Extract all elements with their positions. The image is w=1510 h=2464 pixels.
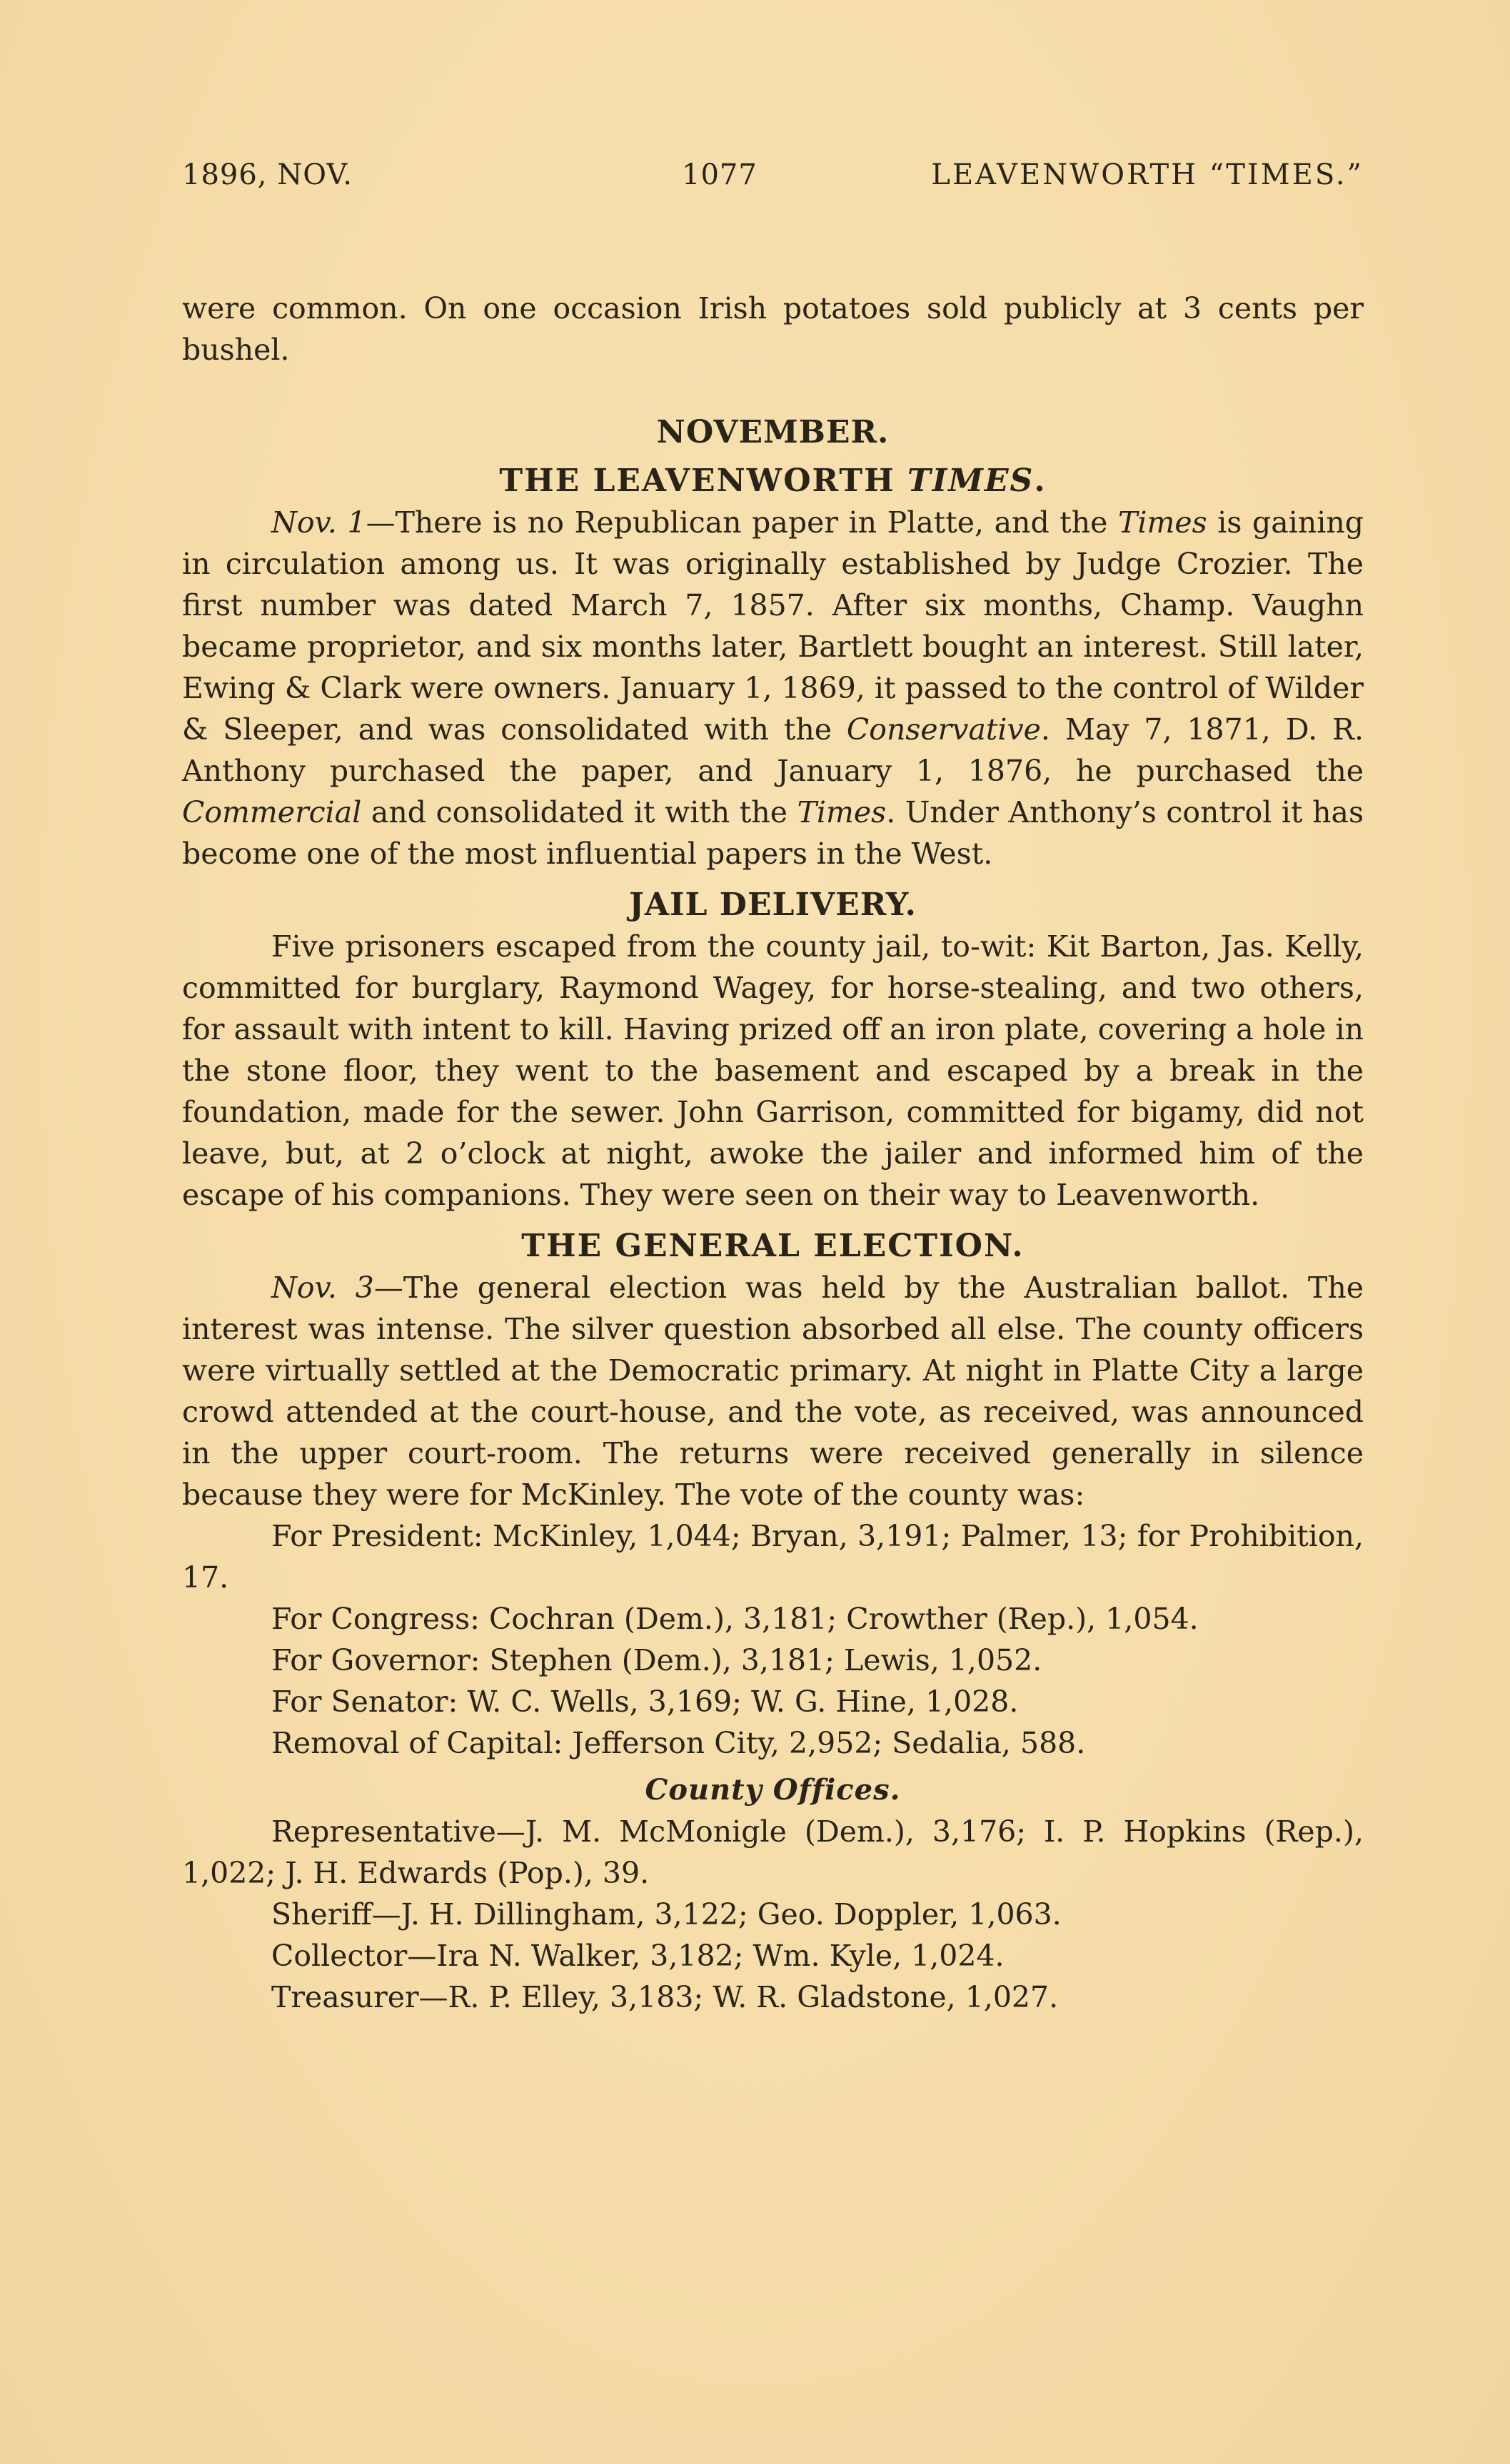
jail-paragraph: Five prisoners escaped from the county j… [182, 926, 1364, 1216]
running-head: 1896, NOV. 1077 LEAVENWORTH “TIMES.” [182, 158, 1364, 201]
heading-italic-title: TIMES [907, 463, 1034, 499]
office-collector: Collector—Ira N. Walker, 3,182; Wm. Kyle… [182, 1935, 1364, 1976]
office-treasurer: Treasurer—R. P. Elley, 3,183; W. R. Glad… [182, 1976, 1364, 2018]
vote-senator: For Senator: W. C. Wells, 3,169; W. G. H… [182, 1681, 1364, 1722]
text-run: and consolidated it with the [361, 795, 797, 829]
running-head-title: LEAVENWORTH “TIMES.” [931, 158, 1364, 191]
vote-president: For President: McKinley, 1,044; Bryan, 3… [182, 1515, 1364, 1598]
section-heading-election: THE GENERAL ELECTION. [182, 1226, 1364, 1267]
heading-text: THE LEAVENWORTH [499, 463, 907, 499]
entry-date: Nov. 1 [271, 505, 366, 540]
election-paragraph: Nov. 3—The general election was held by … [182, 1267, 1364, 1515]
newspaper-title: Conservative [847, 712, 1041, 747]
page-body: were common. On one occasion Irish potat… [182, 288, 1364, 2018]
section-heading-jail: JAIL DELIVERY. [182, 884, 1364, 926]
heading-punct: . [1034, 463, 1046, 499]
section-heading-times: THE LEAVENWORTH TIMES. [182, 460, 1364, 502]
continuation-paragraph: were common. On one occasion Irish potat… [182, 288, 1364, 370]
office-sheriff: Sheriff—J. H. Dillingham, 3,122; Geo. Do… [182, 1894, 1364, 1935]
vote-capital: Removal of Capital: Jefferson City, 2,95… [182, 1722, 1364, 1764]
text-run: —There is no Republican paper in Platte,… [366, 505, 1118, 540]
vote-governor: For Governor: Stephen (Dem.), 3,181; Lew… [182, 1640, 1364, 1681]
running-head-date: 1896, NOV. [182, 158, 353, 191]
newspaper-title: Times [797, 795, 887, 829]
newspaper-title: Times [1118, 505, 1207, 540]
text-run: is gaining in circulation among us. It w… [182, 505, 1364, 747]
county-offices-heading: County Offices. [182, 1769, 1364, 1811]
entry-date: Nov. 3 [271, 1271, 374, 1305]
office-representative: Representative—J. M. McMonigle (Dem.), 3… [182, 1811, 1364, 1894]
newspaper-title: Commercial [182, 795, 361, 829]
times-paragraph: Nov. 1—There is no Republican paper in P… [182, 502, 1364, 874]
text-run: —The general election was held by the Au… [182, 1271, 1364, 1512]
page-number: 1077 [682, 158, 757, 191]
vote-congress: For Congress: Cochran (Dem.), 3,181; Cro… [182, 1598, 1364, 1640]
month-heading: NOVEMBER. [182, 412, 1364, 453]
